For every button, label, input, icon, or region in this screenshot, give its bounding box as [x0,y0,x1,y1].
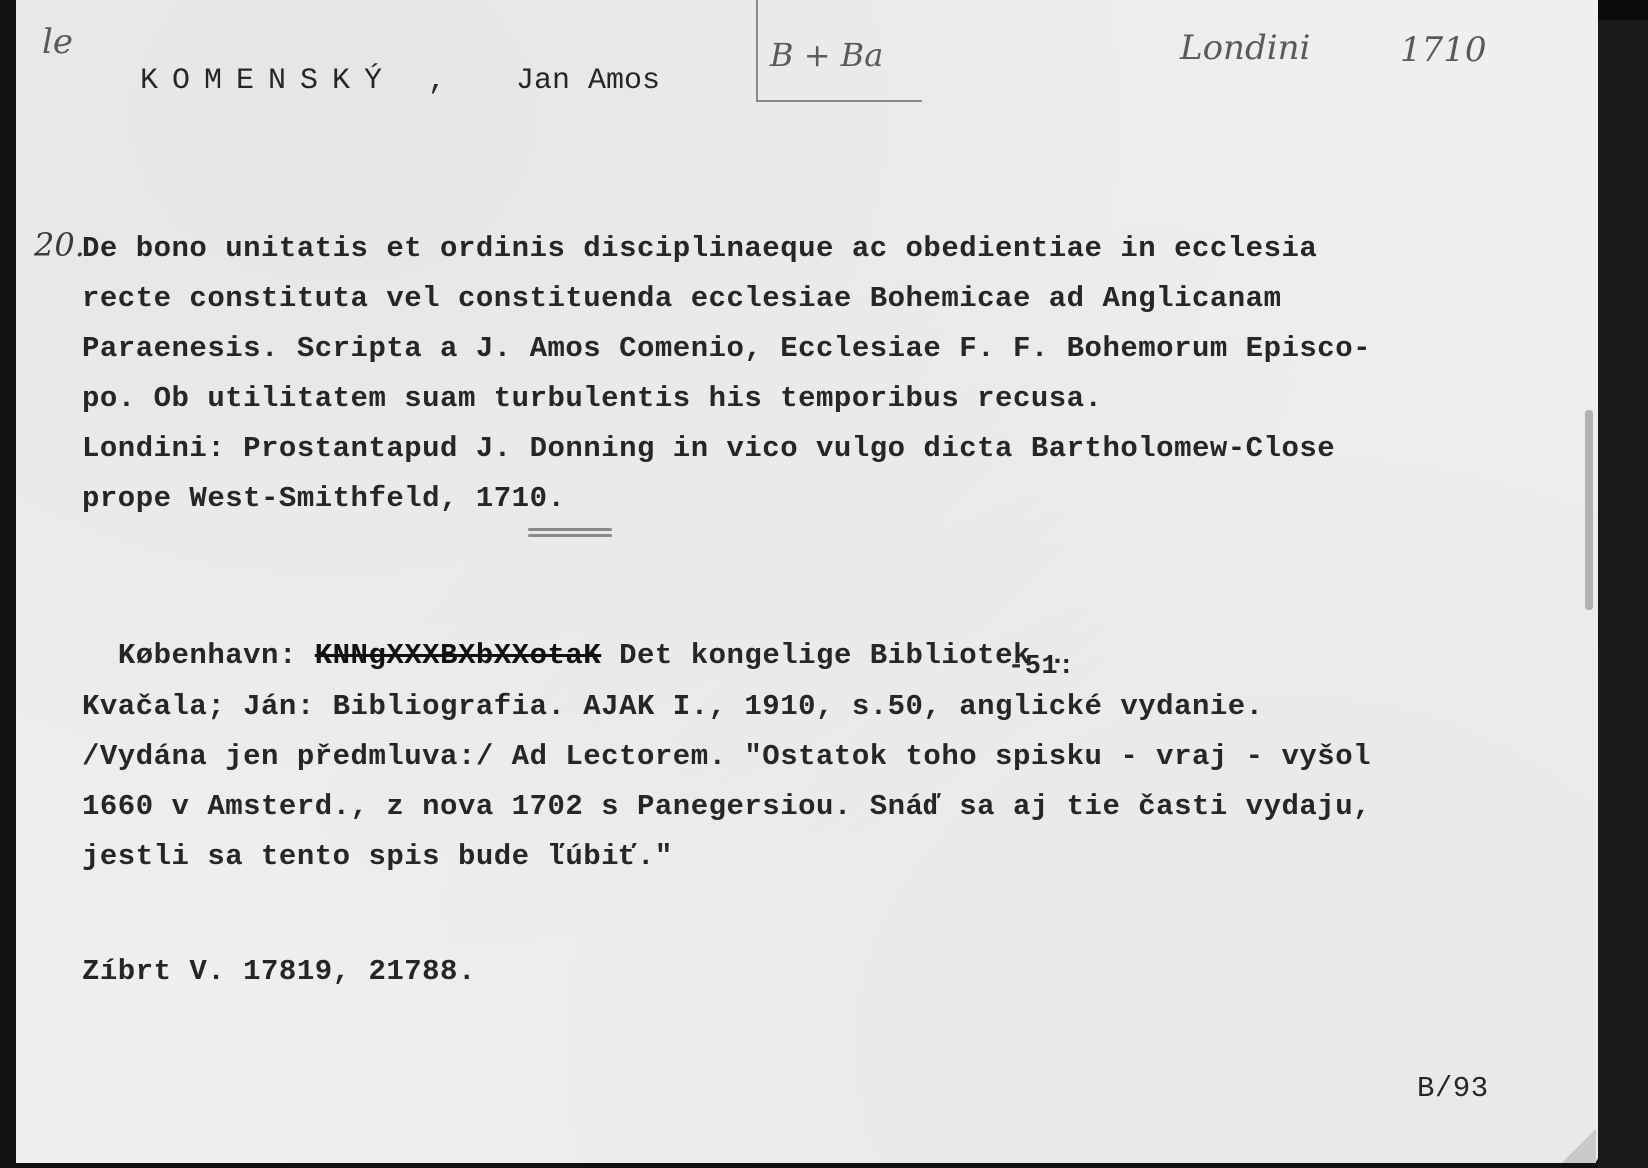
holding-location-line: København: KNNgXXXBXbXXotaK Det kongelig… [82,606,1067,672]
reference-line: Kvačala; Ján: Bibliografia. AJAK I., 191… [82,690,1264,723]
shelf-mark-annotation: B + Ba [770,36,883,74]
entry-number: 20. [34,226,85,264]
reference-line: 1660 v Amsterd., z nova 1702 s Panegersi… [82,790,1371,823]
handwritten-corner-mark: le [42,22,73,62]
title-line: Paraenesis. Scripta a J. Amos Comenio, E… [82,332,1371,365]
author-given-names: Jan Amos [516,64,660,98]
handwritten-place: Londini [1180,28,1310,68]
struck-out-text: KNNgXXXBXbXXotaK [315,639,601,672]
reference-line: /Vydána jen předmluva:/ Ad Lectorem. "Os… [82,740,1371,773]
tape-strip [1585,410,1593,610]
scan-border-top-right [1598,0,1648,20]
title-line: po. Ob utilitatem suam turbulentis his t… [82,382,1102,415]
location-city: København: [118,639,297,672]
handwritten-year: 1710 [1400,30,1487,70]
author-surname: KOMENSKÝ , [140,64,460,98]
reference-line: jestli sa tento spis bude ľúbiť." [82,840,673,873]
imprint-line: prope West-Smithfeld, 1710. [82,482,565,515]
imprint-line: Londini: Prostantapud J. Donning in vico… [82,432,1335,465]
title-line: recte constituta vel constituenda eccles… [82,282,1282,315]
catalog-card [16,0,1598,1163]
card-code: B/93 [1417,1072,1489,1105]
card-corner-curl [1560,1130,1596,1163]
library-name: Det kongelige Bibliotek . [619,639,1067,672]
scan-border-right [1598,0,1648,1168]
double-underline-mark [528,528,612,538]
zibrt-reference: Zíbrt V. 17819, 21788. [82,955,476,988]
page-correction: -51: [1008,652,1075,682]
title-line: De bono unitatis et ordinis disciplinaeq… [82,232,1317,265]
